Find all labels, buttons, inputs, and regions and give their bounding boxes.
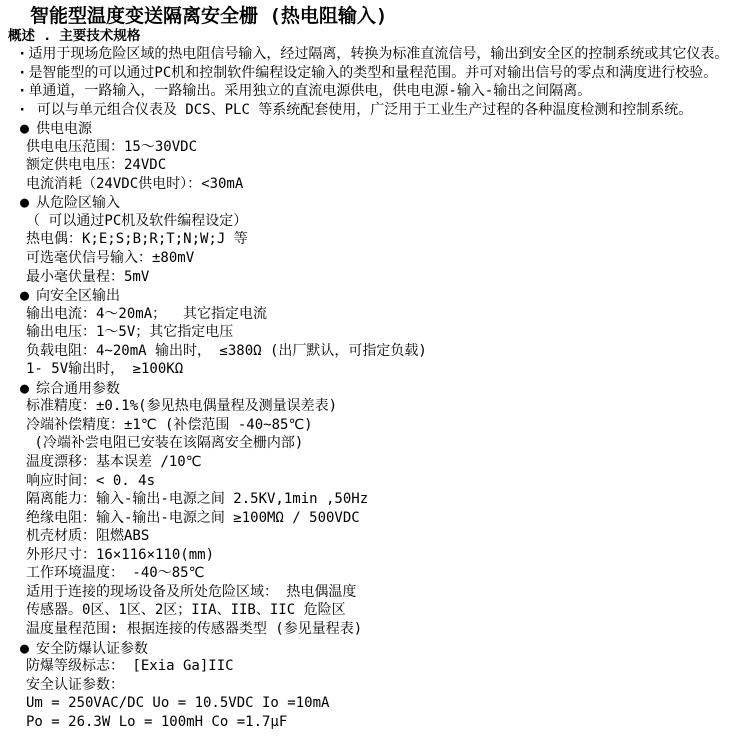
spec-line: 热电偶：K;E;S;B;R;T;N;W;J 等 xyxy=(26,230,745,249)
spec-line-text: 向安全区输出 xyxy=(36,288,120,304)
spec-line: 输出电流：4～20mA； 其它指定电流 xyxy=(26,305,745,324)
spec-line-text: 工作环境温度： -40～85℃ xyxy=(26,565,204,581)
bullet-item: ·单通道，一路输入，一路输出。采用独立的直流电源供电，供电电源-输入-输出之间隔… xyxy=(18,82,745,101)
spec-line-text: 隔离能力：输入-输出-电源之间 2.5KV,1min ,50Hz xyxy=(26,491,368,507)
spec-line: 传感器。0区、1区、2区；IIA、IIB、IIC 危险区 xyxy=(26,601,745,620)
spec-line-text: 温度量程范围: 根据连接的传感器类型 (参见量程表) xyxy=(26,621,362,637)
spec-line-text: 从危险区输入 xyxy=(36,195,120,211)
spec-line: Po = 26.3W Lo = 100mH Co =1.7μF xyxy=(26,713,745,732)
section-bullet-icon: ● xyxy=(20,286,29,304)
bullet-item: ·适用于现场危险区域的热电阻信号输入，经过隔离，转换为标准直流信号，输出到安全区… xyxy=(18,45,745,64)
bullet-item: ·是智能型的可以通过PC机和控制软件编程设定输入的类型和量程范围。并可对输出信号… xyxy=(18,64,745,83)
spec-line: 可选毫伏信号输入：±80mV xyxy=(26,249,745,268)
section-heading: ●安全防爆认证参数 xyxy=(20,639,745,658)
spec-line-text: 绝缘电阻：输入-输出-电源之间 ≥100MΩ / 500VDC xyxy=(26,510,360,526)
spec-line-text: 机壳材质：阻燃ABS xyxy=(26,528,149,544)
spec-line-text: 额定供电电压：24VDC xyxy=(26,157,166,173)
spec-line: 安全认证参数： xyxy=(26,676,745,695)
list-bullet-icon: · xyxy=(18,102,26,118)
spec-line-text: 电流消耗（24VDC供电时）：<30mA xyxy=(26,176,243,192)
spec-line: (冷端补尝电阻已安装在该隔离安全栅内部) xyxy=(26,434,745,453)
spec-line: 1- 5V输出时， ≥100KΩ xyxy=(26,360,745,379)
spec-line-text: 可选毫伏信号输入：±80mV xyxy=(26,250,194,266)
section-bullet-icon: ● xyxy=(20,639,29,657)
spec-line: 机壳材质：阻燃ABS xyxy=(26,527,745,546)
spec-line-text: 传感器。0区、1区、2区；IIA、IIB、IIC 危险区 xyxy=(26,602,346,618)
spec-line-text: 是智能型的可以通过PC机和控制软件编程设定输入的类型和量程范围。并可对输出信号的… xyxy=(28,65,717,81)
spec-line: 外形尺寸：16×116×110(mm) xyxy=(26,546,745,565)
section-heading: ●向安全区输出 xyxy=(20,286,745,305)
page-subtitle: 概述 . 主要技术规格 xyxy=(8,29,745,44)
spec-line-text: 安全认证参数： xyxy=(26,677,124,693)
spec-line-text: 冷端补偿精度：±1℃ (补偿范围 -40~85℃) xyxy=(26,417,313,433)
spec-line-text: （ 可以通过PC机及软件编程设定） xyxy=(26,213,247,229)
spec-line: 标准精度：±0.1%(参见热电偶量程及测量误差表) xyxy=(26,397,745,416)
spec-line: 绝缘电阻：输入-输出-电源之间 ≥100MΩ / 500VDC xyxy=(26,509,745,528)
spec-line-text: 安全防爆认证参数 xyxy=(36,641,148,657)
spec-line: 额定供电电压：24VDC xyxy=(26,156,745,175)
spec-lines: ·适用于现场危险区域的热电阻信号输入，经过隔离，转换为标准直流信号，输出到安全区… xyxy=(0,45,745,731)
spec-line: 隔离能力：输入-输出-电源之间 2.5KV,1min ,50Hz xyxy=(26,490,745,509)
spec-line-text: 单通道，一路输入，一路输出。采用独立的直流电源供电，供电电源-输入-输出之间隔离… xyxy=(28,83,591,99)
spec-line: 供电电压范围：15～30VDC xyxy=(26,138,745,157)
spec-line: 防爆等级标志： [Exia Ga]IIC xyxy=(26,657,745,676)
spec-line: 输出电压：1～5V；其它指定电压 xyxy=(26,323,745,342)
spec-line-text: 热电偶：K;E;S;B;R;T;N;W;J 等 xyxy=(26,231,248,247)
spec-line-text: 输出电压：1～5V；其它指定电压 xyxy=(26,324,233,340)
spec-line-text: 防爆等级标志： [Exia Ga]IIC xyxy=(26,658,234,674)
spec-line-text: 外形尺寸：16×116×110(mm) xyxy=(26,547,214,563)
spec-line: 温度漂移：基本误差 /10℃ xyxy=(26,453,745,472)
bullet-item: · 可以与单元组合仪表及 DCS、PLC 等系统配套使用，广泛用于工业生产过程的… xyxy=(18,101,745,120)
spec-line: 冷端补偿精度：±1℃ (补偿范围 -40~85℃) xyxy=(26,416,745,435)
section-bullet-icon: ● xyxy=(20,193,29,211)
spec-line: （ 可以通过PC机及软件编程设定） xyxy=(26,212,745,231)
spec-line-text: 标准精度：±0.1%(参见热电偶量程及测量误差表) xyxy=(26,398,337,414)
spec-line-text: 适用于连接的现场设备及所处危险区域： 热电偶温度 xyxy=(26,584,356,600)
spec-line-text: 适用于现场危险区域的热电阻信号输入，经过隔离，转换为标准直流信号，输出到安全区的… xyxy=(28,46,728,62)
spec-line-text: 负载电阻：4~20mA 输出时， ≤380Ω (出厂默认，可指定负载) xyxy=(26,343,427,359)
spec-line-text: (冷端补尝电阻已安装在该隔离安全栅内部) xyxy=(26,435,303,451)
list-bullet-icon: · xyxy=(18,46,26,62)
spec-line-text: Po = 26.3W Lo = 100mH Co =1.7μF xyxy=(26,714,287,730)
spec-line-text: 综合通用参数 xyxy=(36,381,120,397)
spec-document: 智能型温度变送隔离安全栅 (热电阻输入) 概述 . 主要技术规格 ·适用于现场危… xyxy=(0,0,745,731)
section-bullet-icon: ● xyxy=(20,379,29,397)
spec-line-text: 最小毫伏量程：5mV xyxy=(26,269,149,285)
spec-line: Um = 250VAC/DC Uo = 10.5VDC Io =10mA xyxy=(26,694,745,713)
spec-line: 负载电阻：4~20mA 输出时， ≤380Ω (出厂默认，可指定负载) xyxy=(26,342,745,361)
spec-line-text: 可以与单元组合仪表及 DCS、PLC 等系统配套使用，广泛用于工业生产过程的各种… xyxy=(28,102,692,118)
spec-line-text: 温度漂移：基本误差 /10℃ xyxy=(26,454,201,470)
section-heading: ●供电电源 xyxy=(20,119,745,138)
spec-line: 适用于连接的现场设备及所处危险区域： 热电偶温度 xyxy=(26,583,745,602)
spec-line: 响应时间：< 0. 4s xyxy=(26,472,745,491)
spec-line-text: 响应时间：< 0. 4s xyxy=(26,473,155,489)
section-heading: ●综合通用参数 xyxy=(20,379,745,398)
section-heading: ●从危险区输入 xyxy=(20,193,745,212)
spec-line: 工作环境温度： -40～85℃ xyxy=(26,564,745,583)
spec-line: 温度量程范围: 根据连接的传感器类型 (参见量程表) xyxy=(26,620,745,639)
spec-line-text: 供电电压范围：15～30VDC xyxy=(26,139,197,155)
section-bullet-icon: ● xyxy=(20,119,29,137)
spec-line-text: 1- 5V输出时， ≥100KΩ xyxy=(26,361,183,377)
spec-line-text: 供电电源 xyxy=(36,121,92,137)
spec-line-text: 输出电流：4～20mA； 其它指定电流 xyxy=(26,306,267,322)
spec-line-text: Um = 250VAC/DC Uo = 10.5VDC Io =10mA xyxy=(26,695,329,711)
spec-line: 最小毫伏量程：5mV xyxy=(26,268,745,287)
spec-line: 电流消耗（24VDC供电时）：<30mA xyxy=(26,175,745,194)
list-bullet-icon: · xyxy=(18,65,26,81)
page-title: 智能型温度变送隔离安全栅 (热电阻输入) xyxy=(30,6,745,27)
list-bullet-icon: · xyxy=(18,83,26,99)
